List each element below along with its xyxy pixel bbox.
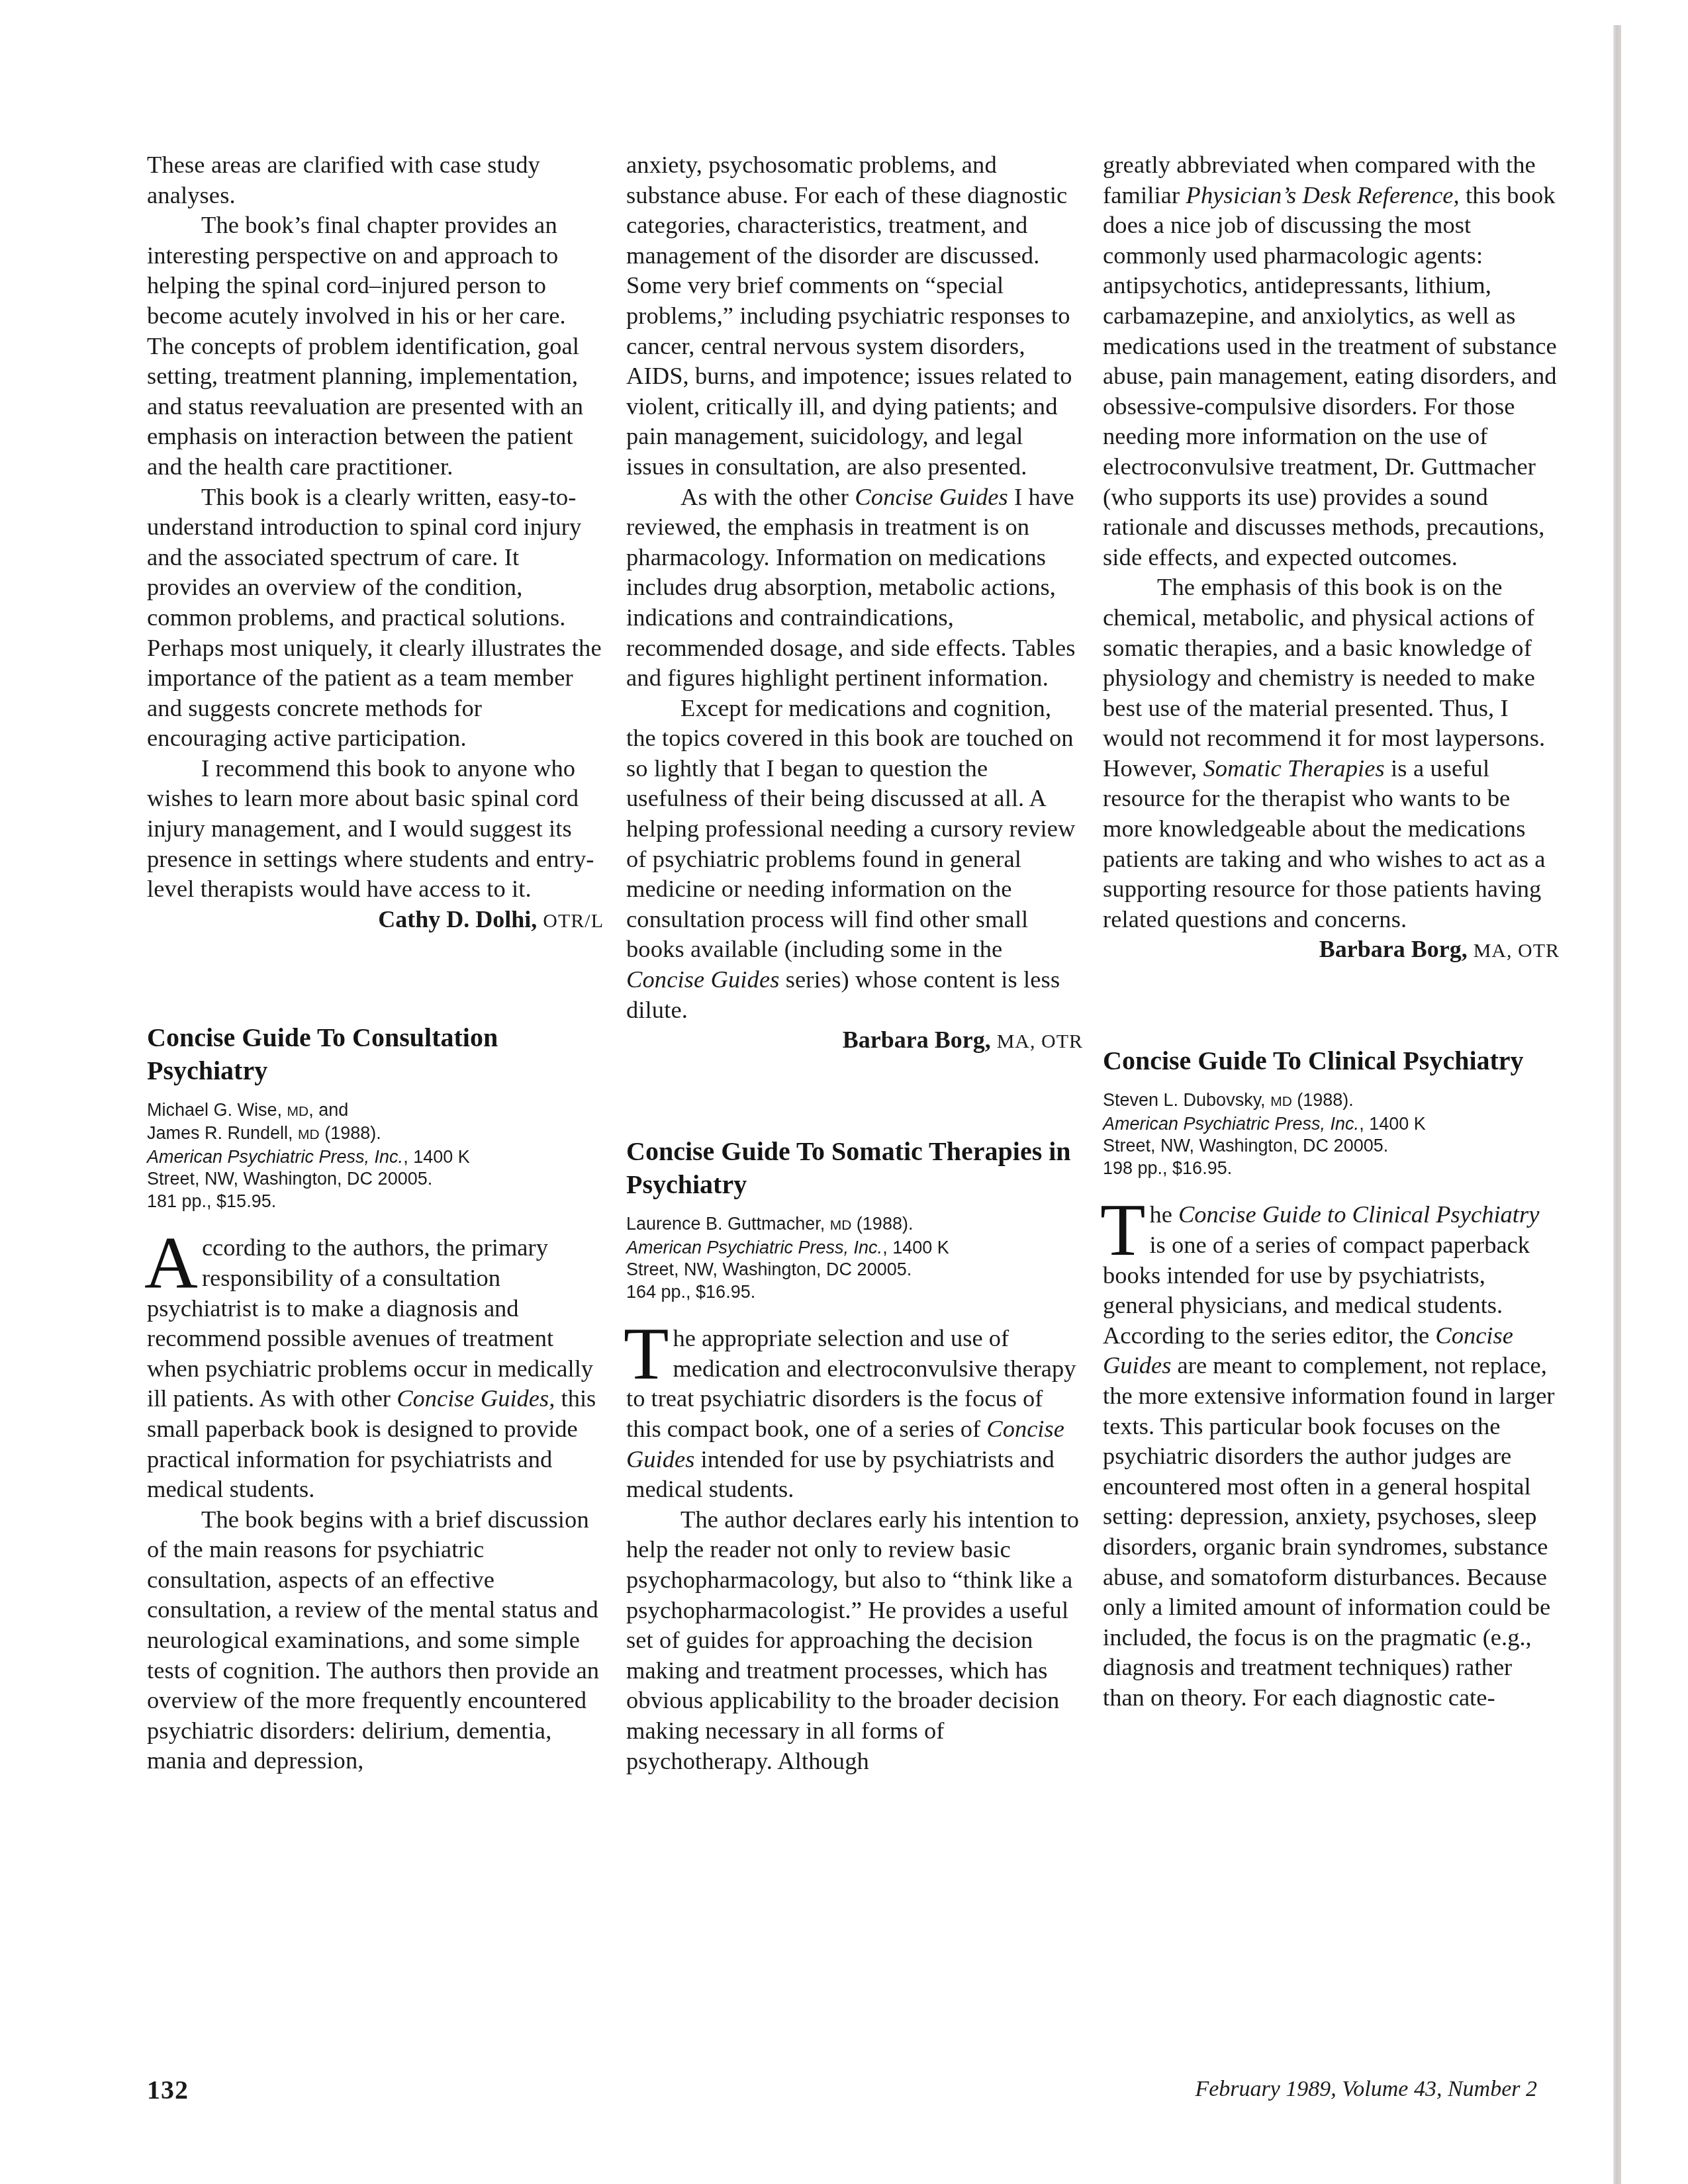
address: , 1400 K bbox=[403, 1147, 470, 1167]
pages-price: 181 pp., $15.95. bbox=[147, 1191, 604, 1213]
column-1: These areas are clarified with case stud… bbox=[147, 150, 604, 1776]
review-title: Concise Guide To Clinical Psychiatry bbox=[1103, 1044, 1560, 1077]
author: Steven L. Dubovsky, bbox=[1103, 1090, 1266, 1110]
column-3: greatly abbreviated when compared with t… bbox=[1103, 150, 1560, 1713]
book-citation: Michael G. Wise, MD, and James R. Rundel… bbox=[147, 1099, 604, 1213]
paragraph: The author declares early his intention … bbox=[626, 1504, 1083, 1776]
reviewer-signature: Cathy D. Dolhi, OTR/L bbox=[147, 904, 604, 936]
column-2: anxiety, psychosomatic problems, and sub… bbox=[626, 150, 1083, 1776]
author: Laurence B. Guttmacher, bbox=[626, 1214, 825, 1234]
issue-info: February 1989, Volume 43, Number 2 bbox=[1195, 2077, 1537, 2102]
italic-text: Concise Guides, bbox=[397, 1385, 555, 1412]
review-title: Concise Guide To Consultation Psychiatry bbox=[147, 1021, 604, 1087]
paragraph: As with the other Concise Guides I have … bbox=[626, 482, 1083, 693]
reviewer-name: Barbara Borg bbox=[1319, 936, 1462, 962]
text: he bbox=[1149, 1201, 1178, 1228]
pages-price: 164 pp., $16.95. bbox=[626, 1281, 1083, 1304]
author: James R. Rundell, bbox=[147, 1123, 293, 1143]
degree: MD bbox=[287, 1104, 309, 1119]
author: Michael G. Wise, bbox=[147, 1100, 282, 1120]
text: As with the other bbox=[680, 483, 855, 510]
page-number: 132 bbox=[147, 2074, 189, 2105]
publisher: American Psychiatric Press, Inc. bbox=[147, 1147, 403, 1167]
book-citation: Laurence B. Guttmacher, MD (1988). Ameri… bbox=[626, 1213, 1083, 1303]
degree: MD bbox=[830, 1218, 852, 1233]
paragraph: According to the authors, the primary re… bbox=[147, 1232, 604, 1504]
italic-text: Concise Guides bbox=[855, 483, 1008, 510]
italic-text: Physician’s Desk Reference, bbox=[1186, 181, 1460, 208]
book-citation: Steven L. Dubovsky, MD (1988). American … bbox=[1103, 1089, 1560, 1179]
address: , 1400 K bbox=[1359, 1114, 1426, 1134]
italic-text: Concise Guide to Clinical Psychiatry bbox=[1178, 1201, 1539, 1228]
paragraph: These areas are clarified with case stud… bbox=[147, 150, 604, 210]
reviewer-credentials: OTR/L bbox=[543, 910, 604, 932]
address: , 1400 K bbox=[882, 1238, 949, 1257]
reviewer-credentials: MA, OTR bbox=[1474, 940, 1560, 962]
review-somatic-therapies: Concise Guide To Somatic Therapies in Ps… bbox=[626, 1135, 1083, 1776]
journal-page: These areas are clarified with case stud… bbox=[0, 0, 1688, 2184]
text: are meant to complement, not replace, th… bbox=[1103, 1351, 1555, 1711]
publisher: American Psychiatric Press, Inc. bbox=[1103, 1114, 1359, 1134]
pages-price: 198 pp., $16.95. bbox=[1103, 1158, 1560, 1180]
italic-text: Somatic Therapies bbox=[1203, 754, 1384, 782]
paragraph: Except for medications and cognition, th… bbox=[626, 693, 1083, 1025]
degree: MD bbox=[1270, 1094, 1292, 1109]
reviewer-name: Cathy D. Dolhi bbox=[378, 906, 531, 933]
reviewer-name: Barbara Borg bbox=[843, 1026, 985, 1053]
reviewer-signature: Barbara Borg, MA, OTR bbox=[1103, 934, 1560, 966]
drop-cap: T bbox=[624, 1323, 669, 1381]
paragraph: The emphasis of this book is on the chem… bbox=[1103, 572, 1560, 934]
drop-cap: A bbox=[144, 1232, 198, 1291]
paragraph: I recommend this book to anyone who wish… bbox=[147, 753, 604, 904]
reviewer-credentials: MA, OTR bbox=[997, 1030, 1083, 1052]
italic-text: Concise Guides bbox=[626, 966, 780, 993]
address: Street, NW, Washington, DC 20005. bbox=[1103, 1135, 1560, 1158]
paragraph: This book is a clearly written, easy-to-… bbox=[147, 482, 604, 753]
review-clinical-psychiatry: Concise Guide To Clinical Psychiatry Ste… bbox=[1103, 1044, 1560, 1712]
review-title: Concise Guide To Somatic Therapies in Ps… bbox=[626, 1135, 1083, 1201]
citation-text: , and bbox=[308, 1100, 348, 1120]
scan-edge-shadow bbox=[1613, 25, 1621, 2184]
text: this book does a nice job of discussing … bbox=[1103, 181, 1557, 570]
text: Except for medications and cognition, th… bbox=[626, 694, 1076, 963]
text: I have reviewed, the emphasis in treatme… bbox=[626, 483, 1076, 692]
degree: MD bbox=[298, 1127, 320, 1142]
citation-text: (1988). bbox=[320, 1123, 381, 1143]
paragraph: The book begins with a brief discussion … bbox=[147, 1504, 604, 1776]
citation-text: (1988). bbox=[1292, 1090, 1354, 1110]
publisher: American Psychiatric Press, Inc. bbox=[626, 1238, 882, 1257]
drop-cap: T bbox=[1100, 1199, 1145, 1257]
paragraph: The book’s final chapter provides an int… bbox=[147, 210, 604, 481]
reviewer-signature: Barbara Borg, MA, OTR bbox=[626, 1024, 1083, 1057]
address: Street, NW, Washington, DC 20005. bbox=[147, 1168, 604, 1191]
paragraph: The appropriate selection and use of med… bbox=[626, 1323, 1083, 1504]
review-consultation-psychiatry: Concise Guide To Consultation Psychiatry… bbox=[147, 1021, 604, 1776]
paragraph: The Concise Guide to Clinical Psychiatry… bbox=[1103, 1199, 1560, 1712]
text: The emphasis of this book is on the chem… bbox=[1103, 573, 1545, 782]
citation-text: (1988). bbox=[851, 1214, 913, 1234]
address: Street, NW, Washington, DC 20005. bbox=[626, 1259, 1083, 1281]
paragraph: anxiety, psychosomatic problems, and sub… bbox=[626, 150, 1083, 482]
paragraph: greatly abbreviated when compared with t… bbox=[1103, 150, 1560, 572]
